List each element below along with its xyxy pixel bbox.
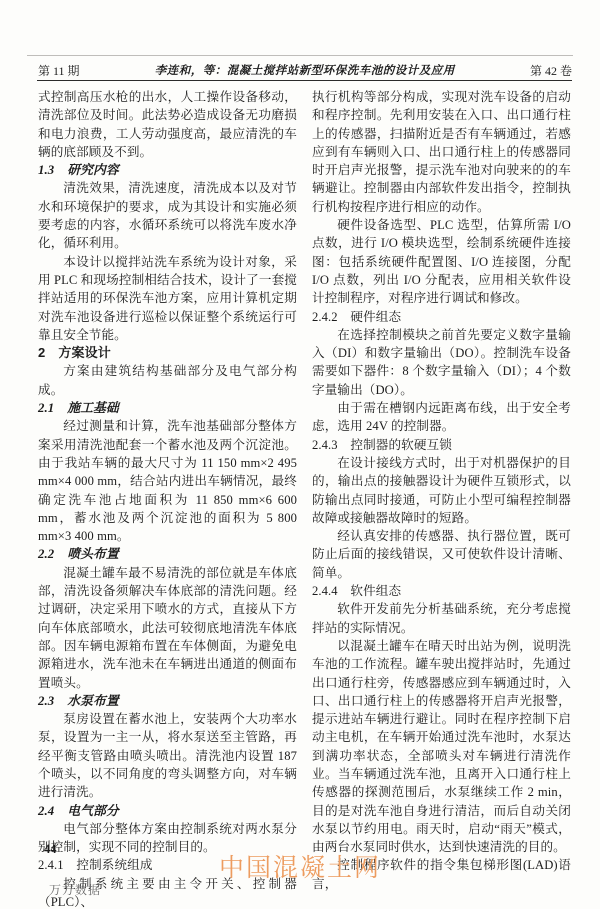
- left-column: 式控制高压水枪的出水，人工操作设备移动，清洗部位及时间。此法势必造成设备无功磨损…: [38, 88, 297, 909]
- paragraph: 执行机构等部分构成，实现对洗车设备的启动和程序控制。先利用安装在入口、出口通行柱…: [312, 88, 571, 216]
- paragraph: 经过测量和计算，洗车池基础部分整体方案采用清洗池配套一个蓄水池及两个沉淀池。由于…: [38, 417, 297, 545]
- paragraph: 经认真安排的传感器、执行器位置，既可防止后面的接线错误，又可使软件设计清晰、简单…: [312, 527, 571, 582]
- issue-number: 第 11 期: [38, 62, 80, 79]
- paragraph: 方案由建筑结构基础部分及电气部分构成。: [38, 362, 297, 399]
- subsection-heading: 2.4 电气部分: [38, 802, 297, 820]
- paragraph: 本设计以搅拌站洗车系统为设计对象，采用 PLC 和现场控制相结合技术，设计了一套…: [38, 253, 297, 344]
- subsection-heading: 2.1 施工基础: [38, 399, 297, 417]
- volume-number: 第 42 卷: [530, 62, 572, 79]
- right-column: 执行机构等部分构成，实现对洗车设备的启动和程序控制。先利用安装在入口、出口通行柱…: [312, 88, 571, 909]
- subsubsection-heading: 2.4.3 控制器的软硬互锁: [312, 436, 571, 454]
- subsubsection-heading: 2.4.4 软件组态: [312, 582, 571, 600]
- journal-page: 第 11 期 李连和，等：混凝土搅拌站新型环保洗车池的设计及应用 第 42 卷 …: [0, 0, 600, 909]
- running-title: 李连和，等：混凝土搅拌站新型环保洗车池的设计及应用: [155, 62, 455, 78]
- paragraph: 在选择控制模块之前首先要定义数字量输入（DI）和数字量输出（DO）。控制洗车设备…: [312, 326, 571, 399]
- header-rule: [37, 80, 572, 81]
- paragraph: 清洗效果，清洗速度，清洗成本以及对节水和环境保护的要求，成为其设计和实施必须要考…: [38, 179, 297, 252]
- page-top-divider: [27, 55, 573, 56]
- paragraph: 由于需在槽钢内远距离布线，出于安全考虑，选用 24V 的控制器。: [312, 399, 571, 436]
- paragraph: 以混凝土罐车在晴天时出站为例，说明洗车池的工作流程。罐车驶出搅拌站时，先通过出口…: [312, 637, 571, 857]
- subsection-heading: 2.3 水泵布置: [38, 692, 297, 710]
- paragraph: 混凝土罐车最不易清洗的部位就是车体底部，清洗设备须解决车体底部的清洗问题。经过调…: [38, 564, 297, 692]
- database-mark: 万方数据: [49, 881, 101, 898]
- subsection-heading: 1.3 研究内容: [38, 161, 297, 179]
- paragraph: 式控制高压水枪的出水，人工操作设备移动，清洗部位及时间。此法势必造成设备无功磨损…: [38, 88, 297, 161]
- watermark-text: 中国混凝土网: [0, 848, 600, 884]
- paragraph: 泵房设置在蓄水池上，安装两个大功率水泵，设置为一主一从，将水泵送至主管路，再经平…: [38, 710, 297, 801]
- subsection-heading: 2.2 喷头布置: [38, 545, 297, 563]
- paragraph: 软件开发前先分析基础系统，充分考虑搅拌站的实际情况。: [312, 600, 571, 637]
- paragraph: 在设计接线方式时，出于对机器保护的目的，输出点的接触器设计为硬件互锁形式，以防输…: [312, 454, 571, 527]
- section-heading: 2 方案设计: [38, 344, 297, 362]
- subsubsection-heading: 2.4.2 硬件组态: [312, 308, 571, 326]
- paragraph: 硬件设备选型、PLC 选型，估算所需 I/O 点数，进行 I/O 模块选型，绘制…: [312, 216, 571, 307]
- article-body: 式控制高压水枪的出水，人工操作设备移动，清洗部位及时间。此法势必造成设备无功磨损…: [38, 88, 572, 909]
- page-header: 第 11 期 李连和，等：混凝土搅拌站新型环保洗车池的设计及应用 第 42 卷: [38, 61, 572, 79]
